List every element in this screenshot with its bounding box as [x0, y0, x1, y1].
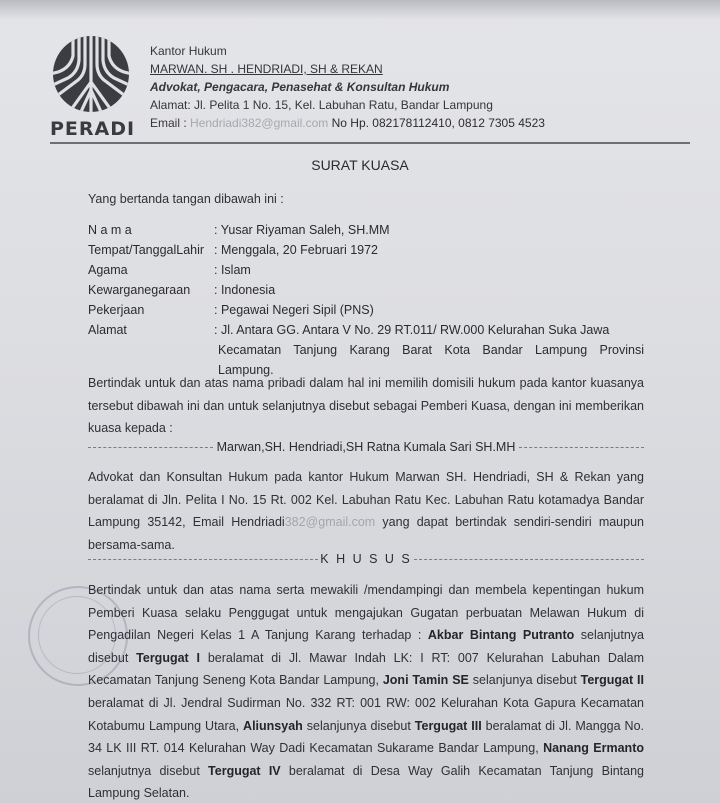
phone-numbers: No Hp. 082178112410, 0812 7305 4523: [332, 116, 545, 130]
firm-name: MARWAN. SH . HENDRIADI, SH & REKAN: [150, 60, 545, 78]
section-khusus: K H U S U S: [88, 552, 644, 566]
email-value: Hendriadi382@gmail.com: [190, 116, 328, 130]
defendant-label: Tergugat I: [136, 651, 200, 665]
dashed-rule: [88, 447, 213, 448]
defendant-label: Tergugat II: [581, 673, 644, 687]
text: selanjutnya disebut: [88, 764, 208, 778]
paragraph-special-power: Bertindak untuk dan atas nama serta mewa…: [88, 579, 644, 803]
defendant-name: Nanang Ermanto: [543, 741, 644, 755]
field-value: : Indonesia: [214, 280, 644, 300]
contact-line: Email : Hendriadi382@gmail.com No Hp. 08…: [150, 114, 545, 132]
document-page: PERADI Kantor Hukum MARWAN. SH . HENDRIA…: [0, 0, 720, 803]
defendant-name: Akbar Bintang Putranto: [428, 628, 574, 642]
field-value: : Islam: [214, 260, 644, 280]
attorney-names: Marwan,SH. Hendriadi,SH Ratna Kumala Sar…: [213, 440, 520, 454]
firm-address: Alamat: Jl. Pelita 1 No. 15, Kel. Labuha…: [150, 96, 545, 114]
field-value: : Pegawai Negeri Sipil (PNS): [214, 300, 644, 320]
field-row: N a m a : Yusar Riyaman Saleh, SH.MM: [88, 220, 644, 240]
document-title: SURAT KUASA: [0, 157, 720, 173]
dashed-rule: [88, 559, 318, 560]
letterhead-divider: [50, 142, 690, 144]
field-label: Pekerjaan: [88, 300, 214, 320]
intro-line: Yang bertanda tangan dibawah ini :: [88, 188, 644, 211]
letterhead-text: Kantor Hukum MARWAN. SH . HENDRIADI, SH …: [150, 42, 545, 132]
firm-tagline: Advokat, Pengacara, Penasehat & Konsulta…: [150, 78, 545, 96]
field-row: Alamat : Jl. Antara GG. Antara V No. 29 …: [88, 320, 644, 340]
field-value: : Menggala, 20 Februari 1972: [214, 240, 644, 260]
field-row: Agama : Islam: [88, 260, 644, 280]
address-continued: Kecamatan Tanjung Karang Barat Kota Band…: [218, 340, 644, 360]
paragraph-grantor: Bertindak untuk dan atas nama pribadi da…: [88, 372, 644, 440]
text: selanjunya disebut: [469, 673, 581, 687]
paragraph-attorneys: Advokat dan Konsultan Hukum pada kantor …: [88, 466, 644, 556]
field-label: Tempat/TanggalLahir: [88, 240, 214, 260]
logo-text: PERADI: [50, 118, 135, 140]
field-row: Kewarganegaraan : Indonesia: [88, 280, 644, 300]
field-row: Pekerjaan : Pegawai Negeri Sipil (PNS): [88, 300, 644, 320]
field-value: : Jl. Antara GG. Antara V No. 29 RT.011/…: [214, 320, 644, 340]
defendant-name: Joni Tamin SE: [383, 673, 469, 687]
defendant-name: Aliunsyah: [243, 719, 303, 733]
dashed-rule: [414, 559, 644, 560]
grantor-details: N a m a : Yusar Riyaman Saleh, SH.MM Tem…: [88, 220, 644, 380]
field-label: N a m a: [88, 220, 214, 240]
dashed-rule: [519, 447, 644, 448]
page-shadow: [0, 0, 720, 20]
attorney-names-line: Marwan,SH. Hendriadi,SH Ratna Kumala Sar…: [88, 440, 644, 454]
letterhead: PERADI Kantor Hukum MARWAN. SH . HENDRIA…: [48, 34, 648, 144]
text: selanjunya disebut: [303, 719, 415, 733]
field-row: Tempat/TanggalLahir : Menggala, 20 Febru…: [88, 240, 644, 260]
peradi-logo-icon: PERADI: [48, 34, 134, 138]
defendant-label: Tergugat IV: [208, 764, 281, 778]
field-value: : Yusar Riyaman Saleh, SH.MM: [214, 220, 644, 240]
office-label: Kantor Hukum: [150, 42, 545, 60]
email-fragment: 382@gmail.com: [285, 515, 376, 529]
section-label: K H U S U S: [318, 552, 413, 566]
field-label: Kewarganegaraan: [88, 280, 214, 300]
defendant-label: Tergugat III: [415, 719, 482, 733]
field-label: Agama: [88, 260, 214, 280]
field-label: Alamat: [88, 320, 214, 340]
email-label: Email :: [150, 116, 187, 130]
